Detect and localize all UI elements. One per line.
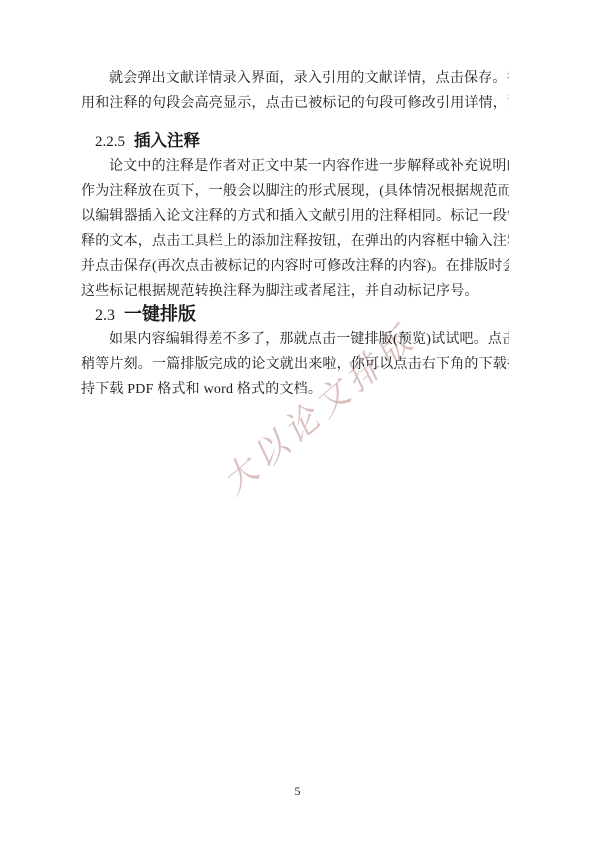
heading-title: 一键排版 (124, 304, 196, 324)
document-page: 大以论文排版 就会弹出文献详情录入界面，录入引用的文献详情，点击保存。被标记文献… (0, 0, 595, 842)
paragraph: 就会弹出文献详情录入界面，录入引用的文献详情，点击保存。被标记文献引 用和注释的… (81, 66, 509, 116)
paragraph: 论文中的注释是作者对正文中某一内容作进一步解释或补充说明的文字， 作为注释放在页… (81, 154, 509, 304)
page-number: 5 (0, 783, 595, 799)
paragraph-line: 以编辑器插入论文注释的方式和插入文献引用的注释相同。标记一段需要注 (81, 204, 509, 229)
heading-title: 插入注释 (134, 132, 200, 150)
paragraph-line: 作为注释放在页下，一般会以脚注的形式展现，(具体情况根据规范而定)。大 (81, 179, 509, 204)
paragraph-line: 用和注释的句段会高亮显示，点击已被标记的句段可修改引用详情，试试吧。 (81, 91, 509, 116)
paragraph-line: 稍等片刻。一篇排版完成的论文就出来啦，你可以点击右下角的下载按钮。支 (81, 352, 509, 377)
paragraph-line: 如果内容编辑得差不多了，那就点击一键排版(预览)试试吧。点击排版后， (81, 327, 509, 352)
paragraph-line: 并点击保存(再次点击被标记的内容时可修改注释的内容)。在排版时会自动将 (81, 254, 509, 279)
heading-number: 2.2.5 (95, 134, 125, 150)
paragraph-line: 论文中的注释是作者对正文中某一内容作进一步解释或补充说明的文字， (81, 154, 509, 179)
paragraph-line: 这些标记根据规范转换注释为脚注或者尾注，并自动标记序号。 (81, 279, 509, 304)
paragraph-line: 释的文本，点击工具栏上的添加注释按钮，在弹出的内容框中输入注释的内容 (81, 229, 509, 254)
section-heading-2-3: 2.3一键排版 (95, 302, 515, 326)
heading-number: 2.3 (95, 307, 115, 324)
section-heading-2-2-5: 2.2.5插入注释 (95, 129, 515, 153)
paragraph-line: 持下载 PDF 格式和 word 格式的文档。 (81, 377, 509, 402)
paragraph: 如果内容编辑得差不多了，那就点击一键排版(预览)试试吧。点击排版后， 稍等片刻。… (81, 327, 509, 402)
paragraph-line: 就会弹出文献详情录入界面，录入引用的文献详情，点击保存。被标记文献引 (81, 66, 509, 91)
